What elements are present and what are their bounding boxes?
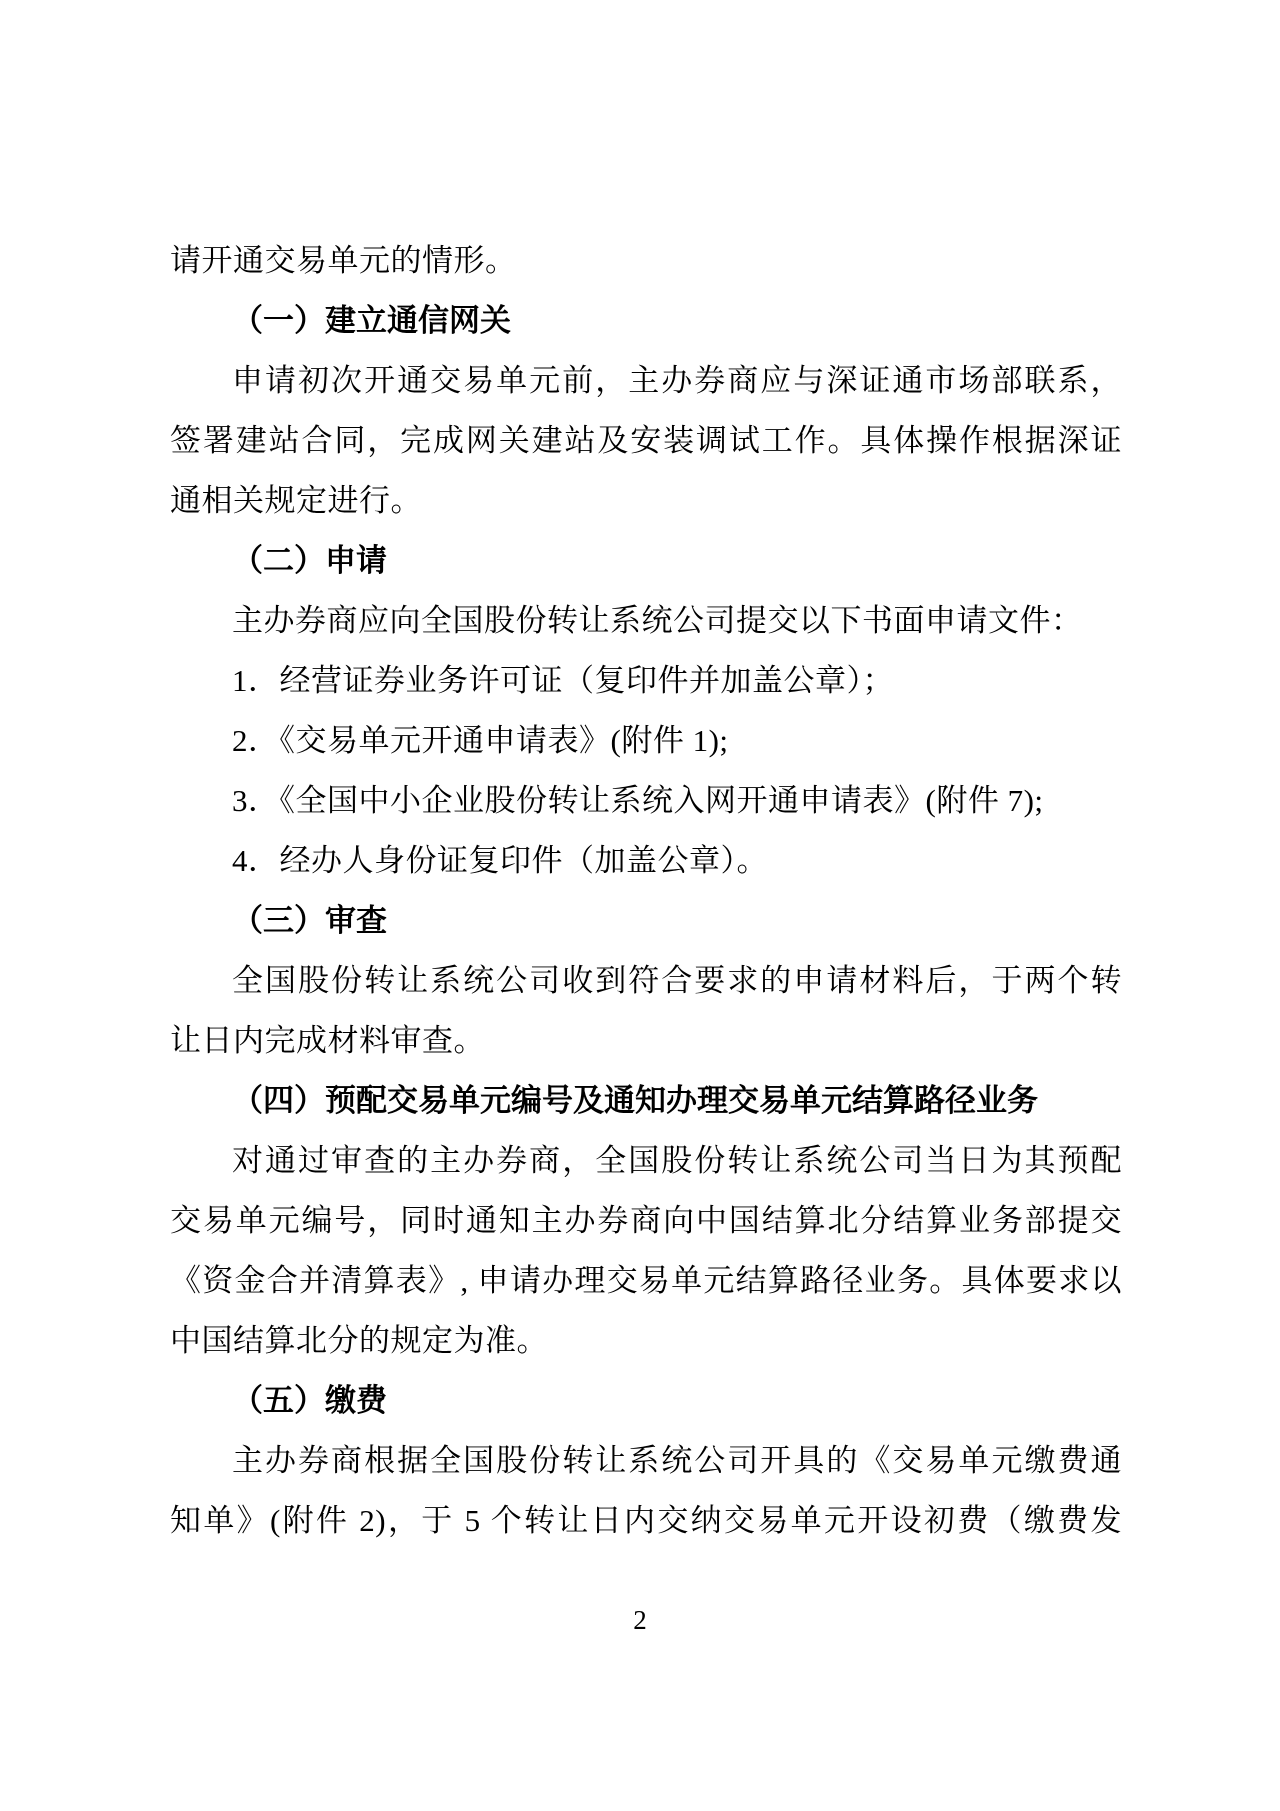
text-line: 请开通交易单元的情形。 <box>170 231 1122 291</box>
text-line: 通相关规定进行。 <box>170 471 1122 531</box>
text-line: 2．《交易单元开通申请表》(附件 1); <box>170 711 1122 771</box>
text-line: 《资金合并清算表》, 申请办理交易单元结算路径业务。具体要求以 <box>170 1251 1122 1311</box>
section-heading: （四）预配交易单元编号及通知办理交易单元结算路径业务 <box>170 1071 1122 1131</box>
section-heading: （三）审查 <box>170 891 1122 951</box>
page-number: 2 <box>0 1600 1280 1640</box>
text-line: 主办券商根据全国股份转让系统公司开具的《交易单元缴费通 <box>170 1431 1122 1491</box>
text-line: 知单》(附件 2)，于 5 个转让日内交纳交易单元开设初费（缴费发 <box>170 1491 1122 1551</box>
text-line: 4．经办人身份证复印件（加盖公章）。 <box>170 831 1122 891</box>
text-line: 3．《全国中小企业股份转让系统入网开通申请表》(附件 7); <box>170 771 1122 831</box>
text-line: 主办券商应向全国股份转让系统公司提交以下书面申请文件： <box>170 591 1122 651</box>
text-line: 签署建站合同，完成网关建站及安装调试工作。具体操作根据深证 <box>170 411 1122 471</box>
section-heading: （一）建立通信网关 <box>170 291 1122 351</box>
text-line: 交易单元编号，同时通知主办券商向中国结算北分结算业务部提交 <box>170 1191 1122 1251</box>
document-page: 请开通交易单元的情形。（一）建立通信网关申请初次开通交易单元前，主办券商应与深证… <box>0 0 1280 1811</box>
document-body: 请开通交易单元的情形。（一）建立通信网关申请初次开通交易单元前，主办券商应与深证… <box>170 231 1122 1551</box>
text-line: 申请初次开通交易单元前，主办券商应与深证通市场部联系， <box>170 351 1122 411</box>
section-heading: （二）申请 <box>170 531 1122 591</box>
text-line: 让日内完成材料审查。 <box>170 1011 1122 1071</box>
text-line: 1．经营证券业务许可证（复印件并加盖公章）； <box>170 651 1122 711</box>
text-line: 对通过审查的主办券商，全国股份转让系统公司当日为其预配 <box>170 1131 1122 1191</box>
text-line: 中国结算北分的规定为准。 <box>170 1311 1122 1371</box>
section-heading: （五）缴费 <box>170 1371 1122 1431</box>
text-line: 全国股份转让系统公司收到符合要求的申请材料后，于两个转 <box>170 951 1122 1011</box>
